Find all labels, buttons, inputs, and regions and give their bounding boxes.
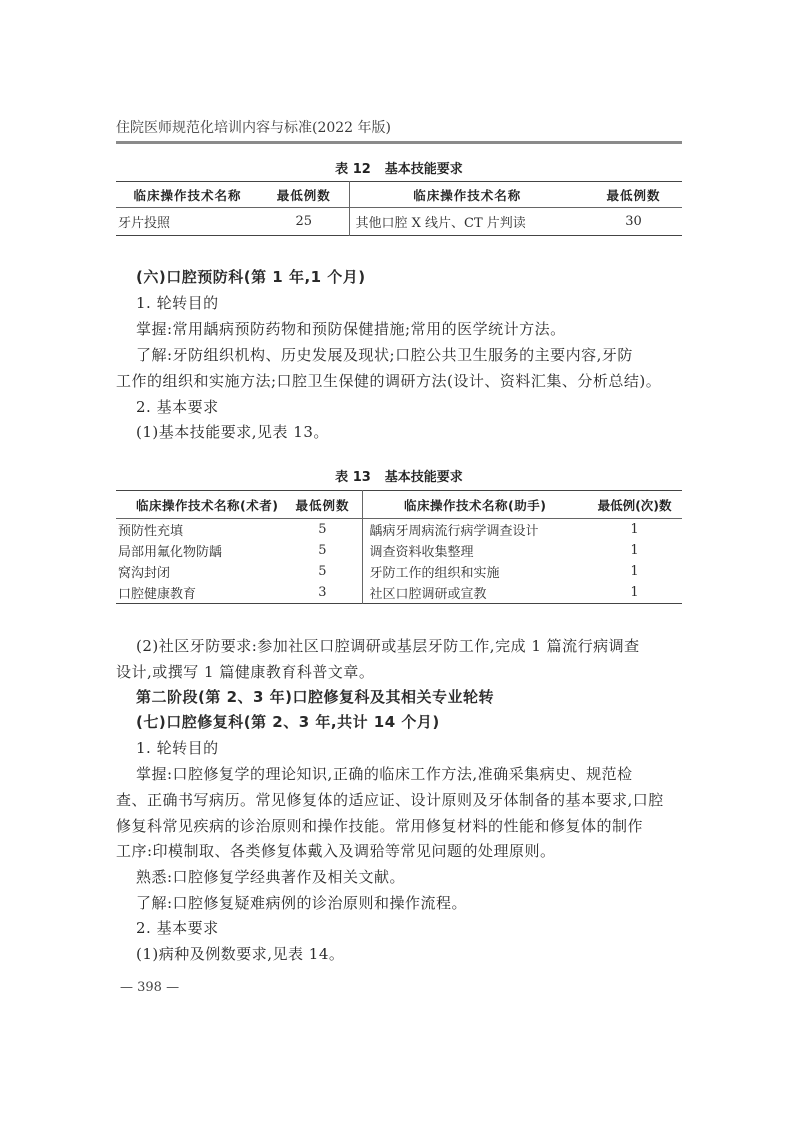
column-header: 临床操作技术名称(术者) [116,491,282,519]
paragraph: 熟悉:口腔修复学经典著作及相关文献。 [136,866,405,887]
table-number: 表 12 [335,162,371,177]
paragraph: (1)病种及例数要求,见表 14。 [136,943,344,964]
table-title: 基本技能要求 [385,470,463,485]
table-cell: 牙片投照 [116,208,259,236]
table-cell: 口腔健康教育 [116,582,282,604]
page-number: — 398 — [120,980,179,995]
table-cell: 其他口腔 X 线片、CT 片判读 [349,208,585,236]
paragraph: 了解:口腔修复疑难病例的诊治原则和操作流程。 [136,892,467,913]
table-cell: 5 [282,540,363,561]
running-head: 住院医师规范化培训内容与标准(2022 年版) [116,117,391,137]
column-header: 临床操作技术名称 [349,182,585,208]
table-cell: 5 [282,519,363,540]
section-heading: (七)口腔修复科(第 2、3 年,共计 14 个月) [136,711,440,732]
section-heading: (六)口腔预防科(第 1 年,1 个月) [136,266,366,287]
table-cell: 1 [587,582,682,604]
table-title: 基本技能要求 [385,162,463,177]
table-row: 口腔健康教育 3 社区口腔调研或宣教 1 [116,582,682,604]
table-row: 预防性充填 5 龋病牙周病流行病学调查设计 1 [116,519,682,540]
subheading: 2. 基本要求 [136,917,219,938]
table-13: 临床操作技术名称(术者) 最低例数 临床操作技术名称(助手) 最低例(次)数 预… [116,490,682,604]
table12-caption: 表 12基本技能要求 [116,158,682,177]
paragraph: 掌握:常用龋病预防药物和预防保健措施;常用的医学统计方法。 [136,318,566,339]
column-header: 最低例(次)数 [587,491,682,519]
table-number: 表 13 [335,470,371,485]
column-header: 临床操作技术名称 [116,182,259,208]
table-row: 局部用氟化物防龋 5 调查资料收集整理 1 [116,540,682,561]
table-cell: 5 [282,561,363,582]
table-row: 窝沟封闭 5 牙防工作的组织和实施 1 [116,561,682,582]
table-cell: 1 [587,519,682,540]
table-cell: 25 [259,208,349,236]
table-cell: 龋病牙周病流行病学调查设计 [363,519,587,540]
table-cell: 1 [587,540,682,561]
stage-heading: 第二阶段(第 2、3 年)口腔修复科及其相关专业轮转 [136,686,494,707]
table-cell: 预防性充填 [116,519,282,540]
table-cell: 3 [282,582,363,604]
subheading: 1. 轮转目的 [136,737,219,758]
subheading: 2. 基本要求 [136,396,219,417]
table-cell: 社区口腔调研或宣教 [363,582,587,604]
table-cell: 局部用氟化物防龋 [116,540,282,561]
table-cell: 1 [587,561,682,582]
paragraph: 工序:印模制取、各类修复体戴入及调𬌗等常见问题的处理原则。 [116,840,556,861]
paragraph: 掌握:口腔修复学的理论知识,正确的临床工作方法,准确采集病史、规范检 [136,763,633,784]
table-cell: 30 [585,208,682,236]
subheading: 1. 轮转目的 [136,292,219,313]
paragraph: (1)基本技能要求,见表 13。 [136,421,329,442]
table-header-row: 临床操作技术名称(术者) 最低例数 临床操作技术名称(助手) 最低例(次)数 [116,491,682,519]
table-cell: 窝沟封闭 [116,561,282,582]
paragraph: 设计,或撰写 1 篇健康教育科普文章。 [116,661,374,682]
table-header-row: 临床操作技术名称 最低例数 临床操作技术名称 最低例数 [116,182,682,208]
paragraph: (2)社区牙防要求:参加社区口腔调研或基层牙防工作,完成 1 篇流行病调查 [136,635,640,656]
column-header: 最低例数 [282,491,363,519]
paragraph: 查、正确书写病历。常见修复体的适应证、设计原则及牙体制备的基本要求,口腔 [116,789,664,810]
table-12: 临床操作技术名称 最低例数 临床操作技术名称 最低例数 牙片投照 25 其他口腔… [116,181,682,236]
paragraph: 了解:牙防组织机构、历史发展及现状;口腔公共卫生服务的主要内容,牙防 [136,344,633,365]
table-cell: 牙防工作的组织和实施 [363,561,587,582]
header-rule [116,141,682,144]
column-header: 最低例数 [259,182,349,208]
column-header: 临床操作技术名称(助手) [363,491,587,519]
column-header: 最低例数 [585,182,682,208]
paragraph: 修复科常见疾病的诊治原则和操作技能。常用修复材料的性能和修复体的制作 [116,815,643,836]
table-cell: 调查资料收集整理 [363,540,587,561]
table-row: 牙片投照 25 其他口腔 X 线片、CT 片判读 30 [116,208,682,236]
paragraph: 工作的组织和实施方法;口腔卫生保健的调研方法(设计、资料汇集、分析总结)。 [116,370,661,391]
table13-caption: 表 13基本技能要求 [116,466,682,485]
